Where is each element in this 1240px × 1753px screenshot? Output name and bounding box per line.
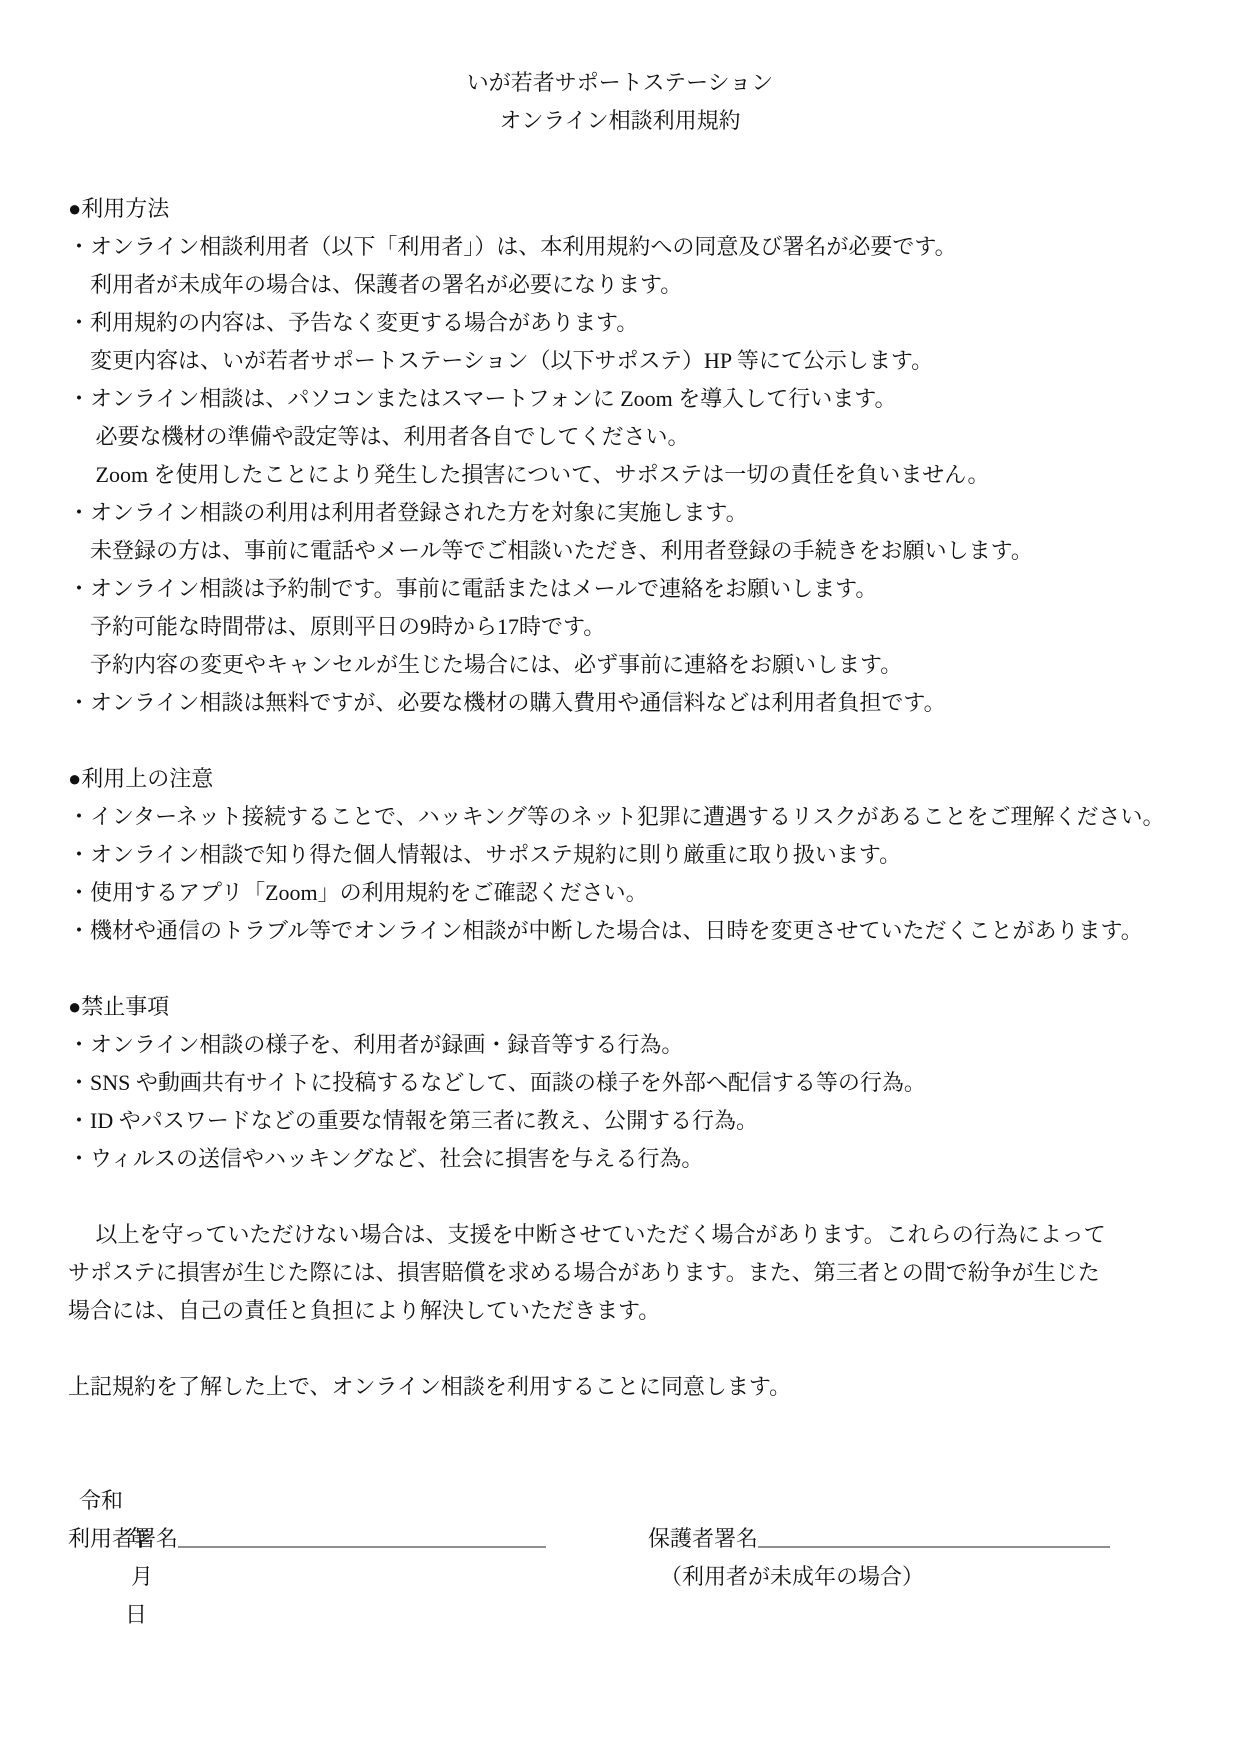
terms-line: 変更内容は、いが若者サポートステーション（以下サポステ）HP 等にて公示します。 [68, 342, 1200, 380]
terms-line: Zoom を使用したことにより発生した損害について、サポステは一切の責任を負いま… [68, 456, 1200, 494]
doc-title-line-2: オンライン相談利用規約 [68, 102, 1172, 140]
terms-line: ・利用規約の内容は、予告なく変更する場合があります。 [68, 304, 1200, 342]
terms-line: ・SNS や動画共有サイトに投稿するなどして、面談の様子を外部へ配信する等の行為… [68, 1064, 1200, 1102]
section-heading-usage: ●利用方法 [68, 190, 1200, 228]
terms-line: ・機材や通信のトラブル等でオンライン相談が中断した場合は、日時を変更させていただ… [68, 912, 1200, 950]
terms-line: ・オンライン相談は、パソコンまたはスマートフォンに Zoom を導入して行います… [68, 380, 1200, 418]
section-heading-prohibitions: ●禁止事項 [68, 988, 1200, 1026]
terms-line: 予約可能な時間帯は、原則平日の9時から17時です。 [68, 608, 1200, 646]
section-cautions: ●利用上の注意 ・インターネット接続することで、ハッキング等のネット犯罪に遭遇す… [68, 760, 1200, 950]
terms-line: 未登録の方は、事前に電話やメール等でご相談いただき、利用者登録の手続きをお願いし… [68, 532, 1200, 570]
terms-line: 利用者が未成年の場合は、保護者の署名が必要になります。 [68, 266, 1200, 304]
user-signature-label: 利用者署名 [68, 1520, 178, 1558]
terms-line: 予約内容の変更やキャンセルが生じた場合には、必ず事前に連絡をお願いします。 [68, 646, 1200, 684]
agreement-statement: 上記規約を了解した上で、オンライン相談を利用することに同意します。 [68, 1368, 1200, 1406]
guardian-note: （利用者が未成年の場合） [660, 1558, 1200, 1596]
signature-row: 利用者署名保護者署名 [68, 1520, 1200, 1558]
terms-line: ・ID やパスワードなどの重要な情報を第三者に教え、公開する行為。 [68, 1102, 1200, 1140]
guardian-signature-label: 保護者署名 [648, 1520, 758, 1558]
terms-line: ・インターネット接続することで、ハッキング等のネット犯罪に遭遇するリスクがあるこ… [68, 798, 1200, 836]
closing-paragraph-line: 場合には、自己の責任と負担により解決していただきます。 [68, 1292, 1200, 1330]
date-era-label: 令和 [79, 1482, 123, 1520]
closing-paragraph-line: 以上を守っていただけない場合は、支援を中断させていただく場合があります。これらの… [68, 1216, 1200, 1254]
document-page: { "document": { "title_line1": "いが若者サポート… [0, 0, 1240, 1753]
date-line: 令和 年 月 日 [68, 1444, 1200, 1482]
closing-paragraph: 以上を守っていただけない場合は、支援を中断させていただく場合があります。これらの… [68, 1216, 1200, 1330]
terms-line: ・ウィルスの送信やハッキングなど、社会に損害を与える行為。 [68, 1140, 1200, 1178]
terms-line: ・オンライン相談は予約制です。事前に電話またはメールで連絡をお願いします。 [68, 570, 1200, 608]
terms-line: ・オンライン相談は無料ですが、必要な機材の購入費用や通信料などは利用者負担です。 [68, 684, 1200, 722]
doc-title-line-1: いが若者サポートステーション [68, 64, 1172, 102]
date-day-label: 日 [125, 1596, 147, 1634]
guardian-signature-line [758, 1520, 1110, 1548]
document-title: いが若者サポートステーション オンライン相談利用規約 [68, 64, 1200, 140]
section-usage: ●利用方法 ・オンライン相談利用者（以下「利用者」）は、本利用規約への同意及び署… [68, 190, 1200, 722]
section-prohibitions: ●禁止事項 ・オンライン相談の様子を、利用者が録画・録音等する行為。 ・SNS … [68, 988, 1200, 1178]
terms-line: ・オンライン相談の様子を、利用者が録画・録音等する行為。 [68, 1026, 1200, 1064]
section-heading-cautions: ●利用上の注意 [68, 760, 1200, 798]
date-month-label: 月 [131, 1558, 153, 1596]
terms-line: ・オンライン相談の利用は利用者登録された方を対象に実施します。 [68, 494, 1200, 532]
terms-line: 必要な機材の準備や設定等は、利用者各自でしてください。 [68, 418, 1200, 456]
closing-paragraph-line: サポステに損害が生じた際には、損害賠償を求める場合があります。また、第三者との間… [68, 1254, 1200, 1292]
terms-line: ・オンライン相談利用者（以下「利用者」）は、本利用規約への同意及び署名が必要です… [68, 228, 1200, 266]
terms-line: ・オンライン相談で知り得た個人情報は、サポステ規約に則り厳重に取り扱います。 [68, 836, 1200, 874]
terms-line: ・使用するアプリ「Zoom」の利用規約をご確認ください。 [68, 874, 1200, 912]
user-signature-line [178, 1520, 546, 1548]
